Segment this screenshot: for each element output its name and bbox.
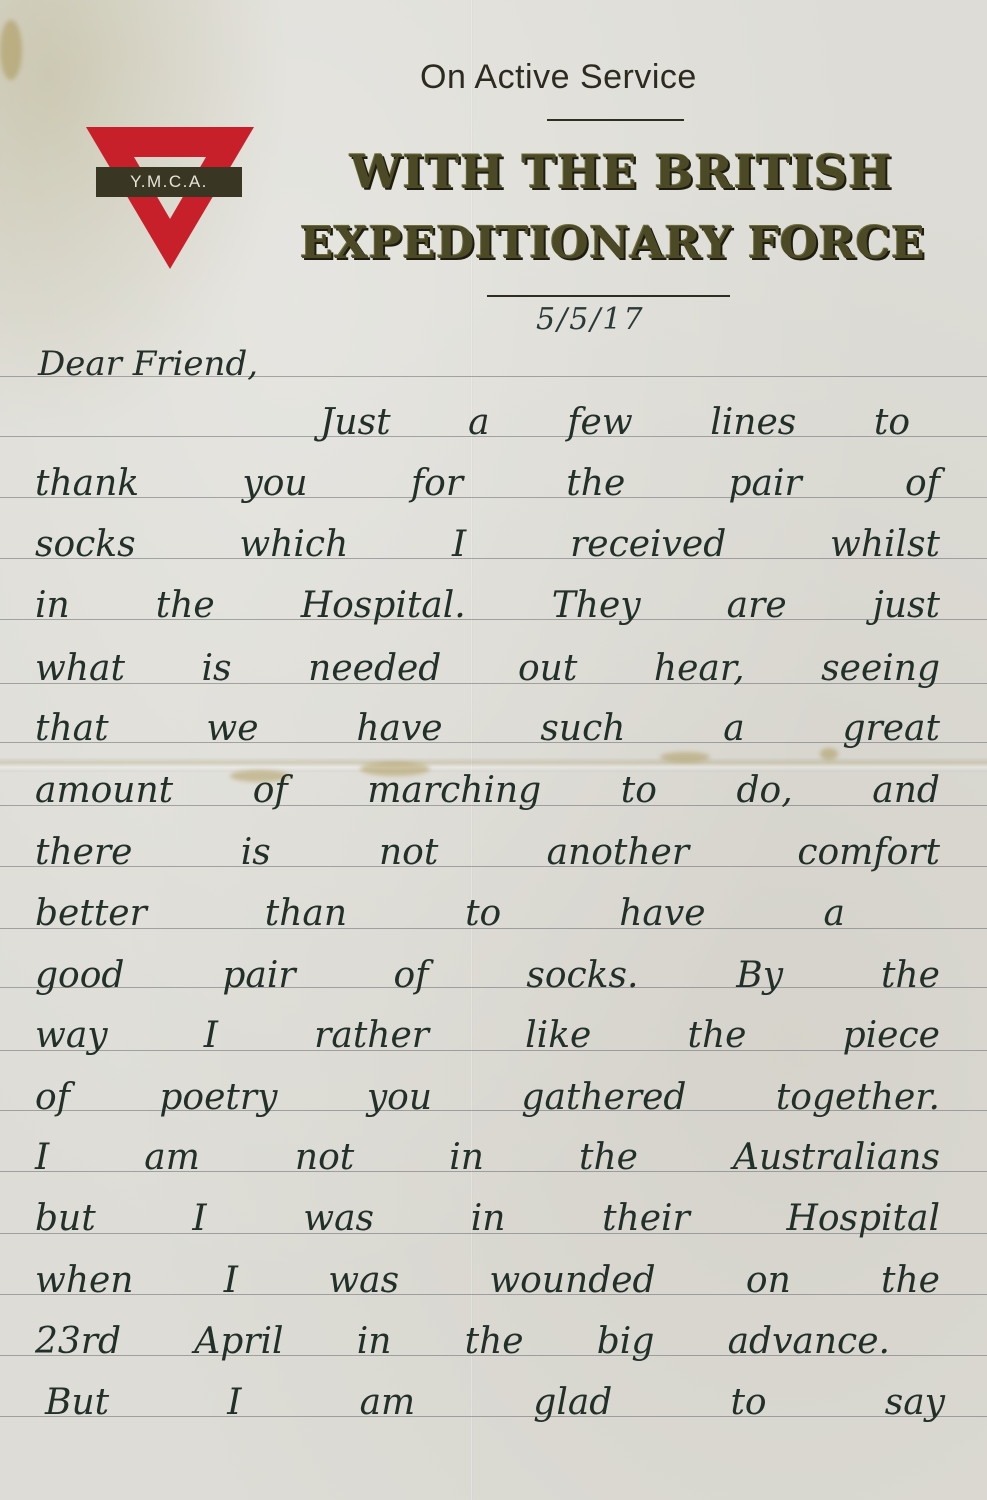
word: not [295, 1137, 354, 1178]
word: like [525, 1015, 591, 1056]
bef-title-line-2: EXPEDITIONARY FORCE [300, 218, 925, 269]
letter-line: amount of marching to do, and [35, 770, 940, 811]
letter-line: of poetry you gathered together. [35, 1077, 940, 1118]
word: have [619, 893, 705, 934]
word: another [547, 832, 690, 873]
word: was [328, 1260, 399, 1301]
word: seeing [821, 648, 940, 689]
word: than [265, 893, 347, 934]
word: together. [776, 1077, 940, 1118]
word: but [35, 1198, 96, 1239]
word: just [873, 585, 940, 626]
word: say [885, 1382, 945, 1423]
word: of [253, 770, 288, 811]
word: lines [710, 402, 796, 443]
word: thank [35, 463, 139, 504]
word: I [204, 1015, 218, 1056]
word: do, [736, 770, 792, 811]
word: the [566, 463, 625, 504]
word: on [746, 1260, 791, 1301]
word: what [35, 648, 125, 689]
word: we [206, 708, 258, 749]
letter-line: thank you for the pair of [35, 463, 940, 504]
word: for [411, 463, 463, 504]
word: am [144, 1137, 200, 1178]
word: to [621, 770, 657, 811]
word: was [303, 1198, 374, 1239]
word: good [35, 955, 124, 996]
word: hear, [654, 648, 745, 689]
word: a [468, 402, 489, 443]
word: I [35, 1137, 49, 1178]
word: in [449, 1137, 484, 1178]
letter-date: 5/5/17 [536, 302, 645, 337]
stain [660, 752, 710, 762]
stain [0, 20, 22, 80]
word: Hospital [786, 1198, 940, 1239]
header-rule [547, 119, 684, 121]
word: comfort [797, 832, 940, 873]
word: of [393, 955, 428, 996]
word: few [567, 402, 632, 443]
word: the [881, 1260, 940, 1301]
word: the [156, 585, 215, 626]
word: the [687, 1015, 746, 1056]
letter-line: better than to have a [35, 893, 845, 934]
word: not [379, 832, 438, 873]
letter-line: there is not another comfort [35, 832, 940, 873]
word: great [842, 708, 940, 749]
word: the [881, 955, 940, 996]
word: the [465, 1321, 524, 1362]
letter-line: good pair of socks. By the [35, 955, 940, 996]
ymca-triangle-icon [86, 127, 254, 269]
word: Australians [733, 1137, 940, 1178]
word: By [736, 955, 783, 996]
word: that [35, 708, 109, 749]
word: glad [533, 1382, 612, 1423]
word: pair [222, 955, 295, 996]
letter-line: Just a few lines to [320, 402, 910, 443]
bef-title-line-1: WITH THE BRITISH [350, 145, 893, 199]
letter-line: But I am glad to say [45, 1382, 945, 1423]
letter-line: when I was wounded on the [35, 1260, 940, 1301]
word: the [579, 1137, 638, 1178]
word: poetry [159, 1077, 277, 1118]
word: to [465, 893, 501, 934]
word: needed [308, 648, 441, 689]
word: I [452, 524, 466, 565]
word: gathered [521, 1077, 686, 1118]
letter-line: socks which I received whilst [35, 524, 940, 565]
word: am [360, 1382, 416, 1423]
ymca-logo: Y.M.C.A. [86, 127, 254, 269]
word: April [194, 1321, 283, 1362]
letter-line: what is needed out hear, seeing [35, 648, 940, 689]
word: in [471, 1198, 506, 1239]
word: 23rd [35, 1321, 121, 1362]
word: advance. [728, 1321, 890, 1362]
word: is [202, 648, 232, 689]
word: out [518, 648, 577, 689]
word: pair [729, 463, 802, 504]
word: are [727, 585, 787, 626]
word: in [35, 585, 70, 626]
word: But [45, 1382, 109, 1423]
word: wounded [489, 1260, 655, 1301]
word: and [872, 770, 940, 811]
word: in [357, 1321, 392, 1362]
word: of [905, 463, 940, 504]
letter-line: in the Hospital. They are just [35, 585, 940, 626]
letter-line: but I was in their Hospital [35, 1198, 940, 1239]
letter-line: that we have such a great [35, 708, 940, 749]
stain [820, 748, 838, 760]
word: socks. [526, 955, 638, 996]
letter-line: I am not in the Australians [35, 1137, 940, 1178]
ymca-band: Y.M.C.A. [96, 167, 242, 197]
word: I [224, 1260, 238, 1301]
word: socks [35, 524, 136, 565]
word: whilst [830, 524, 940, 565]
word: is [241, 832, 271, 873]
word: you [367, 1077, 432, 1118]
word: you [242, 463, 307, 504]
word: I [227, 1382, 241, 1423]
word: marching [367, 770, 541, 811]
letter-line: 23rd April in the big advance. [35, 1321, 890, 1362]
word: received [570, 524, 726, 565]
letter-sheet: On Active Service WITH THE BRITISH EXPED… [0, 0, 987, 1500]
letter-line: way I rather like the piece [35, 1015, 940, 1056]
word: to [730, 1382, 766, 1423]
word: rather [314, 1015, 429, 1056]
word: Hospital. [301, 585, 466, 626]
word: their [602, 1198, 690, 1239]
word: when [35, 1260, 134, 1301]
word: way [35, 1015, 108, 1056]
word: They [552, 585, 641, 626]
word: a [723, 708, 744, 749]
word: big [597, 1321, 655, 1362]
word: of [35, 1077, 70, 1118]
salutation: Dear Friend, [38, 344, 258, 384]
word: piece [843, 1015, 940, 1056]
word: I [192, 1198, 206, 1239]
word: amount [35, 770, 173, 811]
word: such [540, 708, 625, 749]
word: there [35, 832, 132, 873]
header-rule [487, 295, 730, 297]
word: better [35, 893, 147, 934]
word: a [823, 893, 844, 934]
word: have [356, 708, 442, 749]
word: which [239, 524, 348, 565]
word: Just [320, 402, 391, 443]
on-active-service-heading: On Active Service [420, 58, 697, 97]
word: to [874, 402, 910, 443]
